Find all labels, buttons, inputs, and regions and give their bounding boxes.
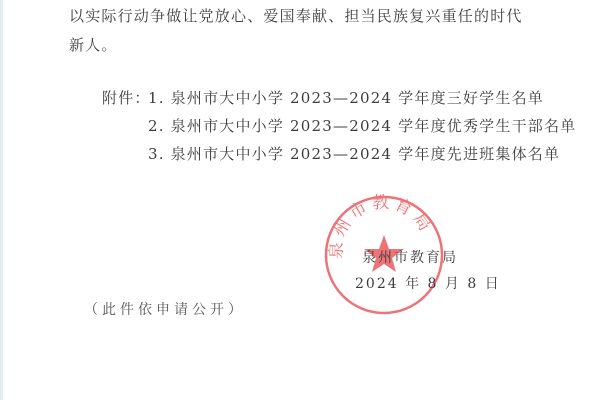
attachment-item: 附件：1. 泉州市大中小学 2023—2024 学年度三好学生名单 bbox=[102, 87, 544, 108]
issue-date: 2024 年 8 月 8 日 bbox=[355, 273, 501, 293]
attachment-item: 2. 泉州市大中小学 2023—2024 学年度优秀学生干部名单 bbox=[148, 115, 576, 136]
attachment-item: 3. 泉州市大中小学 2023—2024 学年度先进班集体名单 bbox=[148, 143, 560, 164]
body-text-line: 以实际行动争做让党放心、爱国奉献、担当民族复兴重任的时代 bbox=[69, 5, 523, 26]
issuer-name: 泉州市教育局 bbox=[362, 247, 458, 267]
body-text-line: 新人。 bbox=[69, 34, 118, 55]
attachment-text: 1. 泉州市大中小学 2023—2024 学年度三好学生名单 bbox=[148, 89, 544, 107]
document-page: 以实际行动争做让党放心、爱国奉献、担当民族复兴重任的时代 新人。 附件：1. 泉… bbox=[0, 0, 600, 400]
disclosure-note: （此件依申请公开） bbox=[84, 299, 246, 319]
attachment-label: 附件： bbox=[102, 87, 148, 108]
